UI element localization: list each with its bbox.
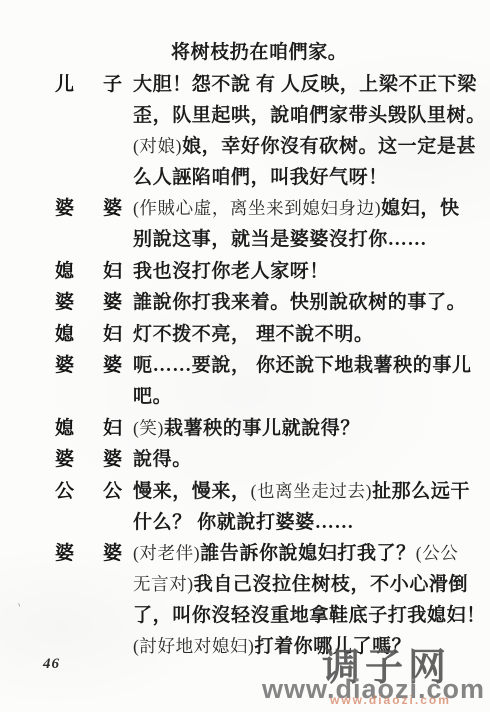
line-text: 将树枝扔在咱們家。 [133,37,470,64]
stage-direction: (对老伴) [133,543,200,563]
dialogue-text: 誰說你打我来着。快别說砍树的事了。 [133,292,466,313]
speaker-label: 婆婆 [55,350,122,377]
speech-block: 婆婆說得。 [55,444,470,475]
speaker-char: 婆 [103,538,122,565]
script-body: 将树枝扔在咱們家。儿子大胆！怨不說 有 人反映，上梁不正下梁歪，队里起哄，說咱們… [55,37,470,663]
script-line: 无言对)我自己沒拉住树枝，不小心滑倒 [55,569,470,600]
speaker-char: 婆 [55,287,74,314]
stage-direction: (对娘) [133,136,182,156]
line-text: 灯不拨不亮， 理不說不明。 [133,319,470,346]
script-line: 歪，队里起哄，說咱們家带头毁队里树。 [55,100,470,131]
speaker-label: 婆婆 [55,538,122,565]
line-text: 誰說你打我来着。快别說砍树的事了。 [133,287,470,314]
script-line: 婆婆說得。 [55,444,470,475]
speech-block: 儿子大胆！怨不說 有 人反映，上梁不正下梁歪，队里起哄，說咱們家带头毁队里树。(… [55,69,470,193]
stage-direction: (作賊心虛，离坐来到媳妇身边) [133,198,381,218]
dialogue-text: 扯那么远干 [372,481,470,502]
speaker-char: 婆 [103,350,122,377]
stage-direction: (公公 [416,543,459,563]
line-text: 什么？ 你就說打婆婆…… [133,507,470,534]
speaker-char: 媳 [55,413,74,440]
speaker-label: 媳妇 [55,319,122,346]
line-text: 别說这事，就当是婆婆沒打你…… [133,224,470,251]
dialogue-text: 娘，幸好你沒有砍树。这一定是甚 [182,136,476,157]
speaker-char: 媳 [55,319,74,346]
script-line: 吧。 [55,381,470,412]
dialogue-text: 誰告訴你說媳妇打我了？ [200,543,416,564]
speaker-char: 婆 [55,350,74,377]
line-text: 无言对)我自己沒拉住树枝，不小心滑倒 [133,569,470,596]
dialogue-text: 我自己沒拉住树枝，不小心滑倒 [194,574,468,595]
script-line: 媳妇(笑)栽薯秧的事儿就說得？ [55,413,470,444]
script-line: 将树枝扔在咱們家。 [55,37,470,68]
line-text: (笑)栽薯秧的事儿就說得？ [133,413,470,440]
speaker-char: 儿 [55,69,74,96]
dialogue-text: 灯不拨不亮， 理不說不明。 [133,324,374,345]
dialogue-text: 我也沒打你老人家呀！ [133,261,329,282]
speaker-char: 婆 [103,444,122,471]
stage-direction: (討好地对媳妇) [133,636,254,656]
speaker-label: 婆婆 [55,444,122,471]
dialogue-text: 媳妇，快 [381,198,459,219]
line-text: (对娘)娘，幸好你沒有砍树。这一定是甚 [133,131,476,158]
script-line: 婆婆誰說你打我来着。快别說砍树的事了。 [55,287,470,318]
speaker-label: 媳妇 [55,413,122,440]
script-line: 什么？ 你就說打婆婆…… [55,507,470,538]
speech-block: 婆婆呃……要說， 你还說下地栽薯秧的事儿吧。 [55,350,470,412]
script-line: 婆婆(作賊心虛，离坐来到媳妇身边)媳妇，快 [55,193,470,224]
speaker-char: 公 [103,476,122,503]
stage-direction: (也离坐走过去) [251,481,372,501]
speaker-char: 公 [55,476,74,503]
speaker-char: 子 [103,69,122,96]
script-line: 么人誣陷咱們，叫我好气呀！ [55,162,470,193]
stage-direction: 无言对) [133,574,194,594]
dialogue-text: 别說这事，就当是婆婆沒打你…… [133,229,427,250]
speaker-char: 婆 [55,538,74,565]
script-line: 媳妇灯不拨不亮， 理不說不明。 [55,319,470,350]
dialogue-text: 歪，队里起哄，說咱們家带头毁队里树。 [133,105,486,126]
line-text: (作賊心虛，离坐来到媳妇身边)媳妇，快 [133,193,470,220]
speaker-label: 公公 [55,476,122,503]
line-text: 了，叫你沒轻沒重地拿鞋底子打我媳妇！ [133,600,486,627]
script-line: 儿子大胆！怨不說 有 人反映，上梁不正下梁 [55,69,470,100]
line-text: 吧。 [133,381,470,408]
dialogue-text: 慢来，慢来， [133,481,251,502]
script-line: 婆婆(对老伴)誰告訴你說媳妇打我了？(公公 [55,538,470,569]
dialogue-text: 栽薯秧的事儿就說得？ [164,418,360,439]
script-line: 媳妇我也沒打你老人家呀！ [55,256,470,287]
dialogue-text: 了，叫你沒轻沒重地拿鞋底子打我媳妇！ [133,605,486,626]
dialogue-text: 吧。 [133,386,172,407]
scan-smudge-mark: 、 [15,590,33,612]
script-line: 婆婆呃……要說， 你还說下地栽薯秧的事儿 [55,350,470,381]
script-line: 别說这事，就当是婆婆沒打你…… [55,224,470,255]
dialogue-text: 什么？ 你就說打婆婆…… [133,512,354,533]
speaker-label: 媳妇 [55,256,122,283]
line-text: 歪，队里起哄，說咱們家带头毁队里树。 [133,100,486,127]
script-line: (对娘)娘，幸好你沒有砍树。这一定是甚 [55,131,470,162]
line-text: 說得。 [133,444,470,471]
dialogue-text: 大胆！怨不說 有 人反映，上梁不正下梁 [133,74,477,95]
stage-direction: (笑) [133,418,164,438]
line-text: 呃……要說， 你还說下地栽薯秧的事儿 [133,350,472,377]
speaker-char: 婆 [55,444,74,471]
line-text: 么人誣陷咱們，叫我好气呀！ [133,162,470,189]
speech-block: 婆婆(作賊心虛，离坐来到媳妇身边)媳妇，快别說这事，就当是婆婆沒打你…… [55,193,470,255]
speaker-label: 儿子 [55,69,122,96]
dialogue-text: 么人誣陷咱們，叫我好气呀！ [133,167,388,188]
speaker-char: 妇 [103,319,122,346]
speaker-char: 妇 [103,256,122,283]
speech-block: 婆婆誰說你打我来着。快别說砍树的事了。 [55,287,470,318]
speech-block: 媳妇我也沒打你老人家呀！ [55,256,470,287]
watermark-site-url-echo: www.diaozi.com [330,693,451,707]
speaker-char: 婆 [55,193,74,220]
line-text: 慢来，慢来，(也离坐走过去)扯那么远干 [133,476,470,503]
dialogue-text: 将树枝扔在咱們家。 [171,42,347,63]
speaker-char: 妇 [103,413,122,440]
speech-block: 公公慢来，慢来，(也离坐走过去)扯那么远干什么？ 你就說打婆婆…… [55,476,470,538]
line-text: 我也沒打你老人家呀！ [133,256,470,283]
dialogue-text: 說得。 [133,449,192,470]
speaker-label: 婆婆 [55,287,122,314]
speaker-label: 婆婆 [55,193,122,220]
script-line: 了，叫你沒轻沒重地拿鞋底子打我媳妇！ [55,600,470,631]
scanned-book-page: 将树枝扔在咱們家。儿子大胆！怨不說 有 人反映，上梁不正下梁歪，队里起哄，說咱們… [0,0,490,712]
speaker-char: 婆 [103,193,122,220]
speech-block: 媳妇(笑)栽薯秧的事儿就說得？ [55,413,470,444]
script-line: 公公慢来，慢来，(也离坐走过去)扯那么远干 [55,476,470,507]
speech-block: 将树枝扔在咱們家。 [55,37,470,68]
line-text: (对老伴)誰告訴你說媳妇打我了？(公公 [133,538,470,565]
page-number: 46 [43,656,60,673]
speaker-char: 婆 [103,287,122,314]
speech-block: 媳妇灯不拨不亮， 理不說不明。 [55,319,470,350]
line-text: 大胆！怨不說 有 人反映，上梁不正下梁 [133,69,477,96]
dialogue-text: 呃……要說， 你还說下地栽薯秧的事儿 [133,355,472,376]
speaker-char: 媳 [55,256,74,283]
